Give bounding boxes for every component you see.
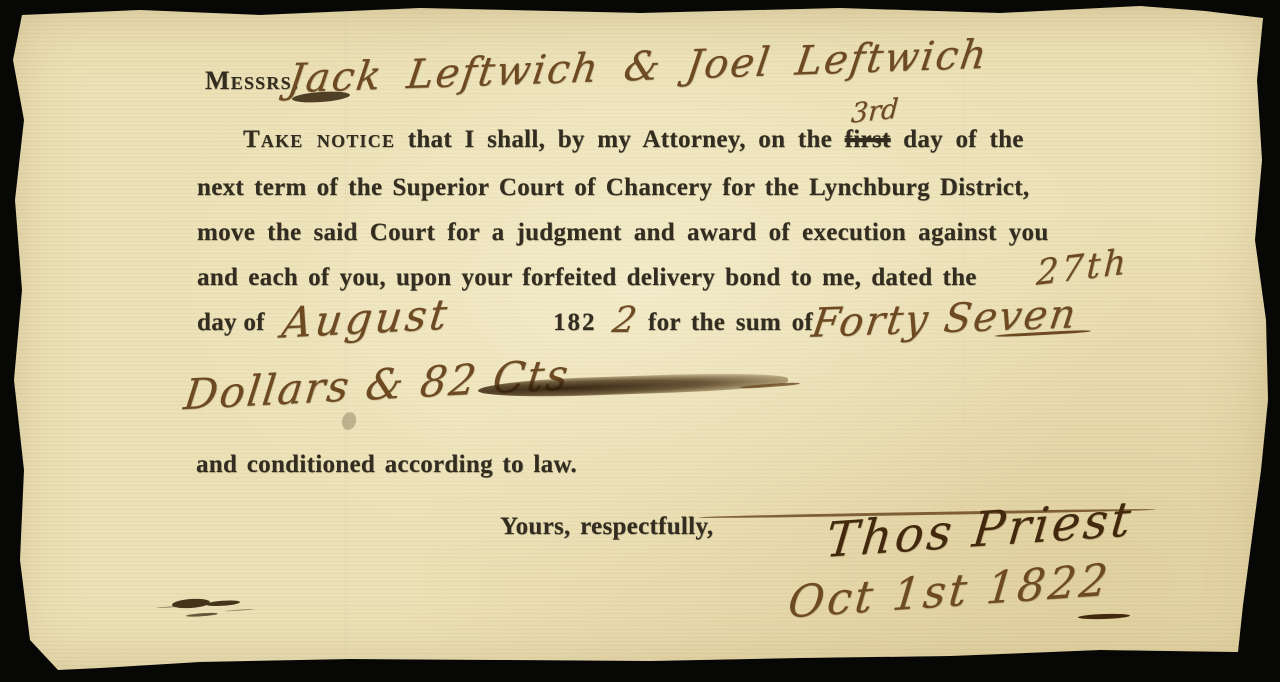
ink-smudge (172, 598, 211, 610)
scan-background: Messrs. Jack Leftwich & Joel Leftwich 3r… (0, 0, 1280, 682)
day-of-label: day of (197, 309, 265, 337)
ink-ghost (340, 410, 358, 431)
messrs-label: Messrs. (205, 66, 299, 96)
take-notice-line: Take notice that I shall, by my Attorney… (243, 126, 1024, 154)
line-next-term: next term of the Superior Court of Chanc… (197, 174, 1029, 202)
take-notice-lead: Take notice (243, 126, 395, 153)
amount-handwritten: Forty Seven (811, 291, 1078, 346)
pen-flourish (1078, 613, 1130, 620)
line-move-court: move the said Court for a judgment and a… (197, 219, 1049, 247)
document-paper: Messrs. Jack Leftwich & Joel Leftwich 3r… (0, 0, 1280, 682)
addressees-handwritten: Jack Leftwich & Joel Leftwich (287, 32, 988, 102)
bond-day-handwritten: 27th (1034, 242, 1131, 293)
line-conditioned: and conditioned according to law. (196, 451, 577, 479)
struck-word-first: first (845, 126, 891, 153)
year-last-digit-handwritten: 2 (613, 300, 636, 341)
line-bond: and each of you, upon your forfeited del… (197, 264, 977, 292)
inserted-day-handwritten: 3rd (850, 94, 900, 130)
take-notice-rest: that I shall, by my Attorney, on the (408, 126, 832, 153)
closing-printed: Yours, respectfully, (500, 513, 713, 541)
year-printed: 182 (553, 309, 597, 337)
sum-label: for the sum of (648, 309, 813, 337)
after-struck-word: day of the (903, 126, 1024, 153)
month-handwritten: August (281, 290, 451, 348)
